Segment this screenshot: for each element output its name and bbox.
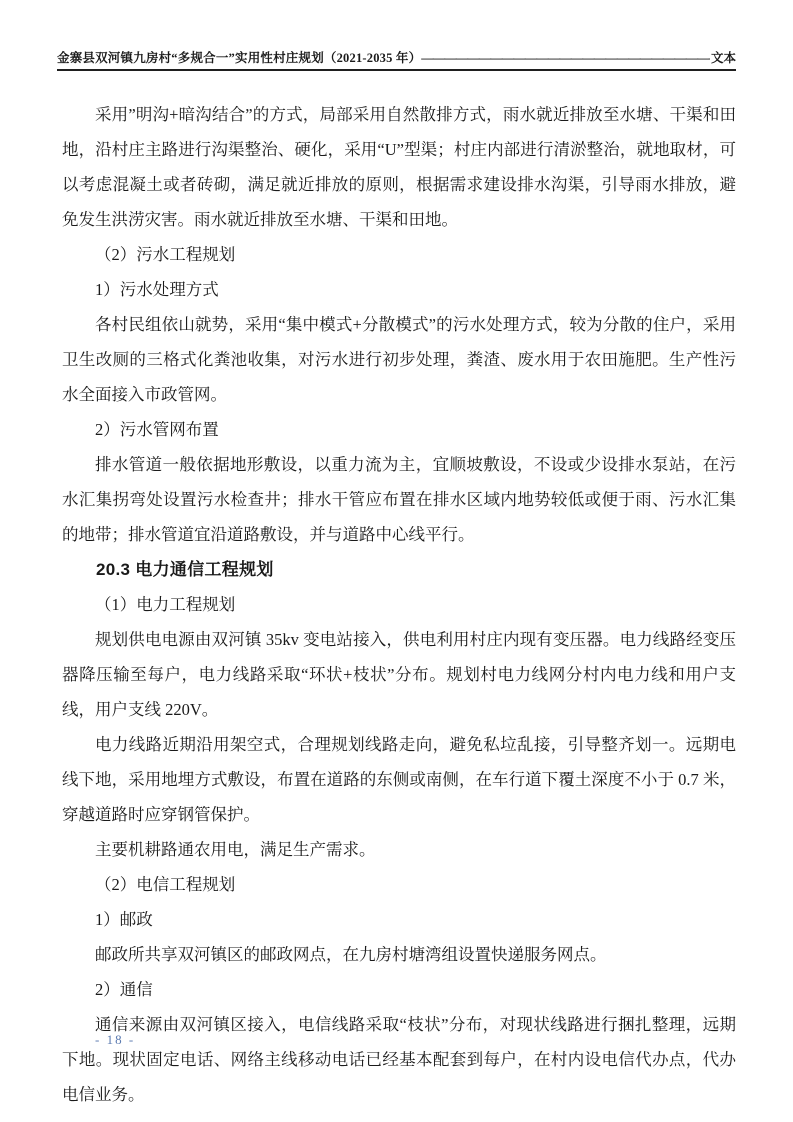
header-dash-line: ——————————————————————————— <box>421 51 710 66</box>
paragraph: 电力线路近期沿用架空式，合理规划线路走向，避免私垃乱接，引导整齐划一。远期电线下… <box>62 727 736 832</box>
page-number: - 18 - <box>95 1032 135 1047</box>
sub-heading: 1）邮政 <box>62 902 736 937</box>
page-header: 金寨县双河镇九房村“多规合一”实用性村庄规划（2021-2035 年） ————… <box>57 0 736 71</box>
page-footer: - 18 - <box>95 1032 135 1048</box>
sub-heading: （2）污水工程规划 <box>62 237 736 272</box>
paragraph: 主要机耕路通农用电，满足生产需求。 <box>62 832 736 867</box>
document-page: 金寨县双河镇九房村“多规合一”实用性村庄规划（2021-2035 年） ————… <box>0 0 793 1122</box>
header-title: 金寨县双河镇九房村“多规合一”实用性村庄规划（2021-2035 年） <box>57 48 421 66</box>
header-doc-type-label: 文本 <box>710 48 736 66</box>
sub-heading: 1）污水处理方式 <box>62 272 736 307</box>
sub-heading: （1）电力工程规划 <box>62 587 736 622</box>
paragraph: 各村民组依山就势，采用“集中模式+分散模式”的污水处理方式，较为分散的住户，采用… <box>62 307 736 412</box>
paragraph: 采用”明沟+暗沟结合”的方式，局部采用自然散排方式，雨水就近排放至水塘、干渠和田… <box>62 97 736 237</box>
paragraph: 排水管道一般依据地形敷设，以重力流为主，宜顺坡敷设，不设或少设排水泵站，在污水汇… <box>62 447 736 552</box>
document-body: 采用”明沟+暗沟结合”的方式，局部采用自然散排方式，雨水就近排放至水塘、干渠和田… <box>62 97 736 1112</box>
sub-heading: 2）污水管网布置 <box>62 412 736 447</box>
sub-heading: （2）电信工程规划 <box>62 867 736 902</box>
paragraph: 规划供电电源由双河镇 35kv 变电站接入，供电利用村庄内现有变压器。电力线路经… <box>62 622 736 727</box>
section-heading: 20.3 电力通信工程规划 <box>62 552 736 587</box>
paragraph: 通信来源由双河镇区接入，电信线路采取“枝状”分布，对现状线路进行捆扎整理，远期下… <box>62 1007 736 1112</box>
paragraph: 邮政所共享双河镇区的邮政网点，在九房村塘湾组设置快递服务网点。 <box>62 937 736 972</box>
sub-heading: 2）通信 <box>62 972 736 1007</box>
